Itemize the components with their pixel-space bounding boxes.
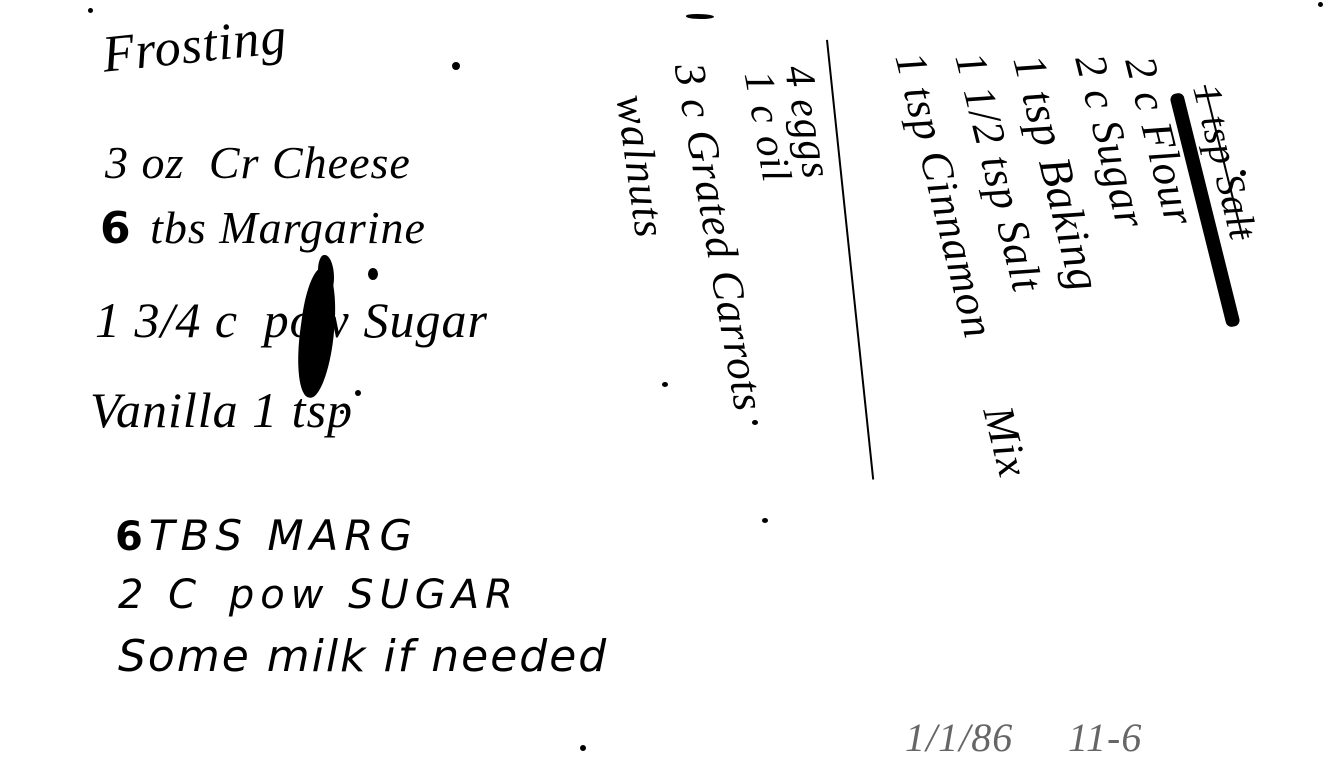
ink-smudge	[318, 255, 334, 295]
ink-dot	[762, 518, 768, 523]
line-qty: 6	[115, 514, 149, 560]
scan-speck	[1318, 2, 1323, 7]
scan-speck	[88, 8, 93, 13]
frosting-title: Frosting	[100, 11, 290, 82]
divider-line	[826, 40, 874, 480]
ink-speck	[368, 268, 378, 280]
scan-speck	[580, 745, 586, 751]
line-item: tbs Margarine	[150, 202, 426, 253]
line-qty: 3 oz	[105, 137, 184, 188]
ink-dot	[452, 62, 460, 70]
faint-date-mark: 1/1/86	[905, 718, 1013, 758]
ink-dot	[1240, 170, 1246, 176]
scan-smudge	[686, 14, 714, 19]
line-item: pow Sugar	[264, 292, 488, 348]
alt-line-2: 2 C pow SUGAR	[118, 575, 519, 615]
cake-line-walnuts: walnuts	[608, 92, 672, 241]
alt-line-1: 6TBS MARG	[115, 515, 418, 557]
faint-number-mark: 11-6	[1068, 718, 1142, 758]
ink-dot	[662, 382, 668, 387]
line-suffix: Mix	[974, 401, 1039, 482]
frosting-line-1: 3 oz Cr Cheese	[105, 140, 411, 186]
line-qty: 1 3/4 c	[95, 292, 238, 348]
ink-dot	[752, 420, 758, 425]
line-qty: 6	[100, 203, 132, 254]
line-item: pow SUGAR	[229, 572, 519, 618]
line-item: Cr Cheese	[209, 137, 411, 188]
frosting-line-2: 6 tbs Margarine	[100, 205, 426, 251]
ink-speck	[340, 410, 344, 414]
line-item: TBS MARG	[149, 511, 418, 560]
ink-speck	[355, 390, 361, 396]
frosting-line-3: 1 3/4 c pow Sugar	[95, 295, 488, 345]
alt-line-3: Some milk if needed	[118, 635, 608, 679]
line-qty: 2 C	[118, 572, 202, 618]
line-item: Some milk if needed	[118, 631, 608, 682]
